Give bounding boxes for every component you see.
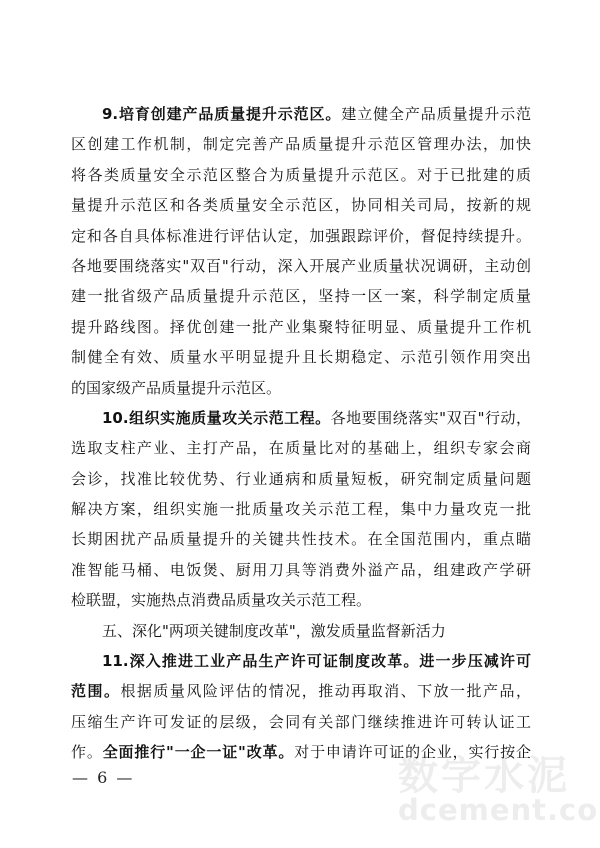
text-segment: 五、深化"两项关键制度改革"，激发质量监督新活力: [102, 622, 446, 640]
text-segment: 长期困扰产品质量提升的关键共性技术。在全国范围内，重点瞄: [71, 530, 531, 548]
text-segment: 会诊，找准比较优势、行业通病和质量短板，研究制定质量问题: [71, 470, 531, 488]
text-line: 定和各自具体标准进行评估认定，加强跟踪评价，督促持续提升。: [71, 221, 531, 251]
text-line: 范围。根据质量风险评估的情况，推动再取消、下放一批产品，: [71, 676, 531, 706]
text-segment: 提升路线图。择优创建一批产业集聚特征明显、质量提升工作机: [71, 318, 531, 336]
item-10-heading: 10.组织实施质量攻关示范工程。: [102, 409, 331, 427]
text-line: 11.深入推进工业产品生产许可证制度改革。进一步压减许可: [71, 646, 531, 676]
text-line: 10.组织实施质量攻关示范工程。各地要围绕落实"双百"行动，: [71, 403, 531, 433]
text-line: 将各类质量安全示范区整合为质量提升示范区。对于已批建的质: [71, 160, 531, 190]
text-line: 压缩生产许可发证的层级，会同有关部门继续推进许可转认证工: [71, 707, 531, 737]
text-segment: 量提升示范区和各类质量安全示范区，协同相关司局，按新的规: [71, 196, 531, 214]
text-segment: 各地要围绕落实"双百"行动，: [331, 409, 531, 427]
item-9-heading: 9.培育创建产品质量提升示范区。: [102, 105, 341, 123]
text-line: 检联盟，实施热点消费品质量攻关示范工程。: [71, 585, 531, 615]
text-segment: 压缩生产许可发证的层级，会同有关部门继续推进许可转认证工: [71, 713, 531, 731]
text-line: 选取支柱产业、主打产品，在质量比对的基础上，组织专家会商: [71, 433, 531, 463]
text-segment: 作。: [71, 743, 103, 761]
text-segment: 选取支柱产业、主打产品，在质量比对的基础上，组织专家会商: [71, 439, 531, 457]
text-line: 9.培育创建产品质量提升示范区。建立健全产品质量提升示范: [71, 99, 531, 129]
document-page: 数字水泥 dcement.com 9.培育创建产品质量提升示范区。建立健全产品质…: [0, 0, 600, 848]
text-segment: 的国家级产品质量提升示范区。: [71, 379, 281, 397]
text-segment: 解决方案，组织实施一批质量攻关示范工程，集中力量攻克一批: [71, 500, 531, 518]
text-segment: 区创建工作机制，制定完善产品质量提升示范区管理办法，加快: [71, 135, 531, 153]
section-5-heading: 五、深化"两项关键制度改革"，激发质量监督新活力: [71, 616, 531, 646]
text-segment: 对于申请许可证的企业，实行按企: [294, 743, 531, 761]
text-segment: 制健全有效、质量水平明显提升且长期稳定、示范引领作用突出: [71, 348, 531, 366]
bold-segment: 全面推行"一企一证"改革。: [103, 743, 295, 761]
text-line: 制健全有效、质量水平明显提升且长期稳定、示范引领作用突出: [71, 342, 531, 372]
text-segment: 检联盟，实施热点消费品质量攻关示范工程。: [71, 591, 371, 609]
text-segment: 根据质量风险评估的情况，推动再取消、下放一批产品，: [120, 682, 531, 700]
text-segment: 定和各自具体标准进行评估认定，加强跟踪评价，督促持续提升。: [71, 227, 531, 245]
text-line: 区创建工作机制，制定完善产品质量提升示范区管理办法，加快: [71, 129, 531, 159]
text-segment: 各地要围绕落实"双百"行动，深入开展产业质量状况调研，主动创: [71, 257, 531, 275]
text-line: 准智能马桶、电饭煲、厨用刀具等消费外溢产品，组建政产学研: [71, 555, 531, 585]
page-number: — 6 —: [72, 768, 134, 787]
text-segment: 建立健全产品质量提升示范: [341, 105, 531, 123]
text-line: 解决方案，组织实施一批质量攻关示范工程，集中力量攻克一批: [71, 494, 531, 524]
item-11-heading: 11.深入推进工业产品生产许可证制度改革。进一步压减许可: [102, 652, 531, 670]
text-line: 会诊，找准比较优势、行业通病和质量短板，研究制定质量问题: [71, 464, 531, 494]
text-line: 各地要围绕落实"双百"行动，深入开展产业质量状况调研，主动创: [71, 251, 531, 281]
text-segment: 准智能马桶、电饭煲、厨用刀具等消费外溢产品，组建政产学研: [71, 561, 531, 579]
text-line: 提升路线图。择优创建一批产业集聚特征明显、质量提升工作机: [71, 312, 531, 342]
text-segment: 建一批省级产品质量提升示范区，坚持一区一案，科学制定质量: [71, 287, 531, 305]
text-segment: 将各类质量安全示范区整合为质量提升示范区。对于已批建的质: [71, 166, 531, 184]
text-line: 建一批省级产品质量提升示范区，坚持一区一案，科学制定质量: [71, 281, 531, 311]
text-line: 长期困扰产品质量提升的关键共性技术。在全国范围内，重点瞄: [71, 524, 531, 554]
watermark-domain-text: dcement.com: [398, 796, 600, 825]
text-line: 量提升示范区和各类质量安全示范区，协同相关司局，按新的规: [71, 190, 531, 220]
text-line: 的国家级产品质量提升示范区。: [71, 373, 531, 403]
document-body: 9.培育创建产品质量提升示范区。建立健全产品质量提升示范 区创建工作机制，制定完…: [71, 99, 531, 768]
text-line: 作。全面推行"一企一证"改革。对于申请许可证的企业，实行按企: [71, 737, 531, 767]
bold-segment: 范围。: [71, 682, 120, 700]
